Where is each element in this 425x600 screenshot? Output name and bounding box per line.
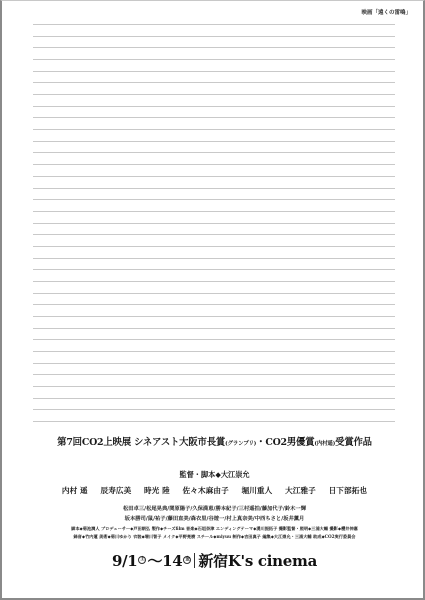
ruled-line [33, 117, 395, 118]
ruled-line [33, 164, 395, 165]
showing-info: 9/1土〜14金新宿K's cinema [2, 550, 425, 571]
ruled-line [33, 281, 395, 282]
ruled-line [33, 176, 395, 177]
ruled-line [33, 94, 395, 95]
ruled-line [33, 386, 395, 387]
start-day-of-week-badge: 土 [138, 556, 146, 564]
ruled-line [33, 71, 395, 72]
ruled-line [33, 328, 395, 329]
cast-member: 内村 遥 [62, 486, 88, 495]
director-line: 監督・脚本◆大江崇允 [2, 470, 425, 480]
ruled-line [33, 211, 395, 212]
ruled-line [33, 36, 395, 37]
actor-note: (内村遥) [314, 441, 335, 447]
cast-member: 時光 陸 [144, 486, 170, 495]
ruled-line [33, 246, 395, 247]
staff-credits-row-2: 録音◆竹内蓮 美術◆菊川ゆかり 衣装◆増川智子 メイク◆平野亮樹 スチール◆mi… [2, 534, 425, 540]
ruled-line [33, 304, 395, 305]
ruled-line [33, 199, 395, 200]
vertical-divider [194, 553, 195, 568]
ruled-line [33, 47, 395, 48]
main-cast: 内村 遥 辰寿広美 時光 陸 佐々木麻由子 堀川重人 大江雅子 日下部拓也 [2, 485, 425, 496]
range-separator: 〜 [147, 552, 162, 570]
ruled-line [33, 234, 395, 235]
supporting-cast-row-2: 坂本勝司/鼠/祐子/藤田直美/森衣里/谷遊一/村上真奈美/中西ちさと/坂井薫月 [2, 514, 425, 522]
ruled-line [33, 152, 395, 153]
end-date: 14 [162, 552, 182, 570]
cast-member: 辰寿広美 [101, 486, 132, 495]
corner-title: 映画「遠くの雷鳴」 [361, 8, 411, 16]
ruled-line [33, 82, 395, 83]
ruled-line [33, 223, 395, 224]
award-suffix: 受賞作品 [335, 437, 372, 448]
ruled-line [33, 374, 395, 375]
cast-member: 日下部拓也 [329, 486, 367, 495]
ruled-line [33, 106, 395, 107]
ruled-line [33, 293, 395, 294]
award-middle: ・CO2男優賞 [256, 437, 314, 448]
poster-frame: 映画「遠くの雷鳴」 第7回CO2上映展 シネアスト大阪市長賞(グランプリ)・CO… [0, 0, 425, 600]
cast-member: 大江雅子 [285, 486, 316, 495]
ruled-line [33, 316, 395, 317]
ruled-line [33, 188, 395, 189]
ruled-line [33, 269, 395, 270]
ruled-line [33, 59, 395, 60]
staff-credits-row-1: 脚本◆菊池潤人 プロデューサー◆戸田朝弘 製作◆チーズfilm 音楽◆石垣奈津 … [2, 526, 425, 532]
grand-prix-note: (グランプリ) [225, 441, 256, 447]
start-date: 9/1 [112, 552, 137, 570]
ruled-line [33, 351, 395, 352]
ruled-line [33, 409, 395, 410]
venue-name: 新宿K's cinema [198, 552, 317, 570]
ruled-line [33, 363, 395, 364]
ruled-line [33, 141, 395, 142]
ruled-line [33, 398, 395, 399]
cast-member: 佐々木麻由子 [183, 486, 229, 495]
end-day-of-week-badge: 金 [183, 556, 191, 564]
supporting-cast-row-1: 松田卓三/松尾晃典/関原陽子/久保満恵/勝本紀子/三村遥拍/藤加代子/鈴木一輝 [2, 504, 425, 512]
ruled-line [33, 129, 395, 130]
ruled-line [33, 421, 395, 422]
ruled-line [33, 258, 395, 259]
ruled-line [33, 24, 395, 25]
cast-member: 堀川重人 [242, 486, 273, 495]
award-prefix: 第7回CO2上映展 シネアスト大阪市長賞 [57, 437, 225, 448]
award-line: 第7回CO2上映展 シネアスト大阪市長賞(グランプリ)・CO2男優賞(内村遥)受… [2, 434, 425, 448]
ruled-line [33, 339, 395, 340]
